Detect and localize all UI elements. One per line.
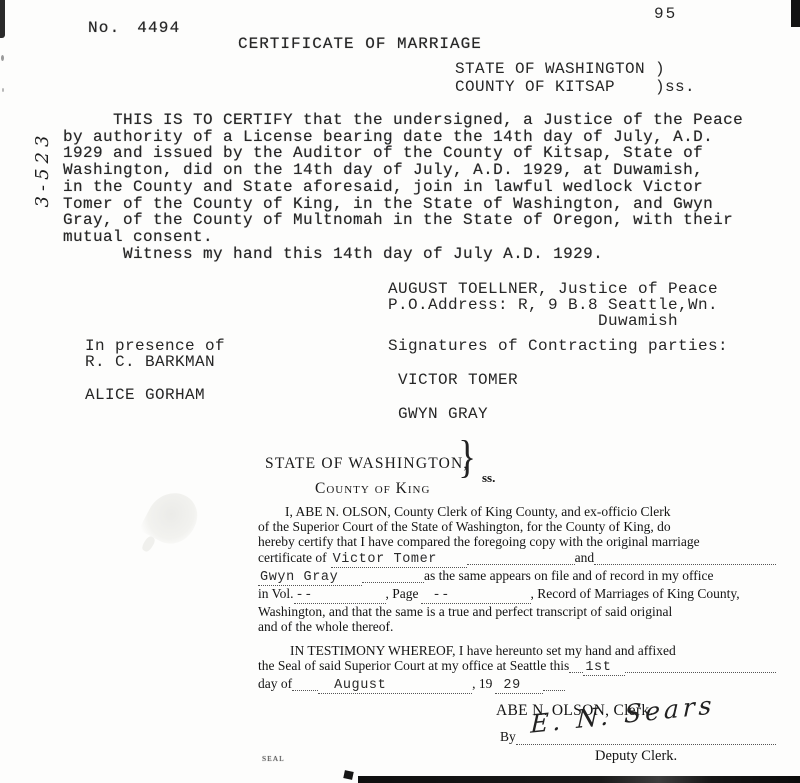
vol-number-fill: -- bbox=[294, 588, 386, 604]
clerk-paragraph-line: Washington, and that the same is a true … bbox=[258, 604, 776, 619]
vol-label: in Vol. bbox=[258, 586, 294, 601]
month-fill: August bbox=[318, 678, 472, 694]
dotted-leader bbox=[516, 742, 776, 745]
spacer bbox=[258, 635, 776, 643]
clerk-venue-caption: STATE OF WASHINGTON, County of King } ss… bbox=[258, 456, 776, 504]
dotted-leader bbox=[543, 688, 565, 691]
seal-notation: SEAL bbox=[262, 754, 285, 763]
year-fill: 29 bbox=[495, 678, 543, 694]
groom-name-fill: Victor Tomer bbox=[331, 552, 467, 568]
page-number-fill: -- bbox=[421, 588, 531, 604]
clerk-paragraph-line: I, ABE N. OLSON, County Clerk of King Co… bbox=[258, 504, 776, 519]
clerk-state-label: STATE OF WASHINGTON, bbox=[265, 456, 468, 471]
dotted-leader bbox=[362, 580, 424, 583]
dotted-leader bbox=[467, 562, 575, 565]
leaf-watermark-stem bbox=[140, 535, 156, 553]
venue-brace: } bbox=[458, 449, 476, 464]
bride-name-fill: Gwyn Gray bbox=[258, 570, 362, 586]
officiant-block: AUGUST TOELLNER, Justice of Peace P.O.Ad… bbox=[388, 281, 718, 330]
contracting-parties-block: Signatures of Contracting parties: VICTO… bbox=[388, 338, 728, 423]
scan-speck bbox=[2, 88, 4, 92]
certificate-body-text: THIS IS TO CERTIFY that the undersigned,… bbox=[63, 112, 743, 262]
vol-page-line: in Vol. -- , Page -- , Record of Marriag… bbox=[258, 586, 776, 604]
scan-corner-mark-top-right bbox=[791, 0, 800, 27]
scan-speck bbox=[1, 55, 4, 61]
bride-name-line: Gwyn Gray as the same appears on file an… bbox=[258, 568, 776, 586]
deputy-clerk-title: Deputy Clerk. bbox=[595, 749, 776, 764]
dotted-leader bbox=[594, 562, 776, 565]
deputy-signature-row: By E. N. Sears bbox=[500, 729, 776, 748]
dotted-leader bbox=[569, 670, 583, 673]
and-label: and bbox=[575, 550, 595, 565]
dotted-leader bbox=[292, 688, 318, 691]
appears-on-file-text: as the same appears on file and of recor… bbox=[424, 568, 714, 583]
scan-edge-tick bbox=[343, 770, 353, 780]
clerk-certification-section: STATE OF WASHINGTON, County of King } ss… bbox=[258, 456, 776, 765]
certificate-of-label: certificate of bbox=[258, 550, 327, 565]
year-prefix-label: , 19 bbox=[472, 676, 492, 691]
dotted-leader bbox=[625, 670, 776, 673]
page-label: , Page bbox=[386, 586, 419, 601]
seal-date-line: the Seal of said Superior Court at my of… bbox=[258, 658, 776, 676]
handwritten-margin-note: 3-523 bbox=[32, 114, 54, 224]
record-number: No. 4494 bbox=[88, 20, 180, 37]
witnesses-block: In presence of R. C. BARKMAN ALICE GORHA… bbox=[85, 338, 225, 404]
scan-edge-bar-bottom bbox=[358, 776, 800, 783]
clerk-paragraph-line: and of the whole thereof. bbox=[258, 619, 776, 634]
venue-caption: STATE OF WASHINGTON ) COUNTY OF KITSAP )… bbox=[455, 61, 695, 96]
record-of-marriages-text: , Record of Marriages of King County, bbox=[531, 586, 740, 601]
clerk-county-label: County of King bbox=[315, 481, 430, 496]
by-label: By bbox=[500, 729, 516, 744]
day-fill: 1st bbox=[583, 660, 625, 676]
scanned-marriage-certificate: { "page": { "sheet_number": "95", "recor… bbox=[0, 0, 800, 783]
testimony-line2-text: the Seal of said Superior Court at my of… bbox=[258, 658, 569, 673]
ss-abbreviation: ss. bbox=[482, 470, 495, 485]
clerk-paragraph-line: hereby certify that I have compared the … bbox=[258, 534, 776, 549]
testimony-line: IN TESTIMONY WHEREOF, I have hereunto se… bbox=[258, 643, 776, 658]
page-number: 95 bbox=[654, 6, 677, 23]
day-of-label: day of bbox=[258, 676, 292, 691]
document-title: CERTIFICATE OF MARRIAGE bbox=[238, 36, 482, 53]
scan-edge-mark-top-left bbox=[0, 0, 5, 38]
clerk-paragraph-line: of the Superior Court of the State of Wa… bbox=[258, 519, 776, 534]
certificate-of-line: certificate of Victor Tomer and bbox=[258, 550, 776, 568]
